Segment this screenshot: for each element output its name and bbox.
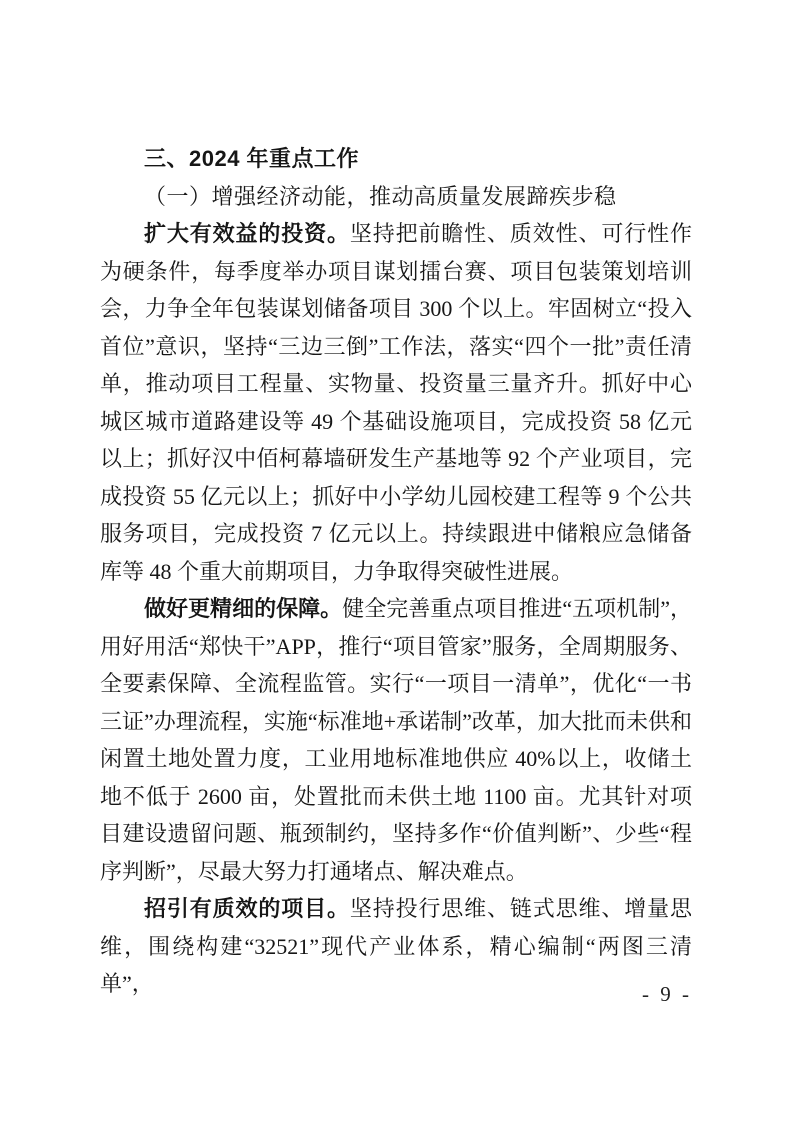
paragraph-text: 健全完善重点项目推进“五项机制”，用好用活“郑快干”APP，推行“项目管家”服务… <box>100 596 692 884</box>
paragraph-text: 坚持把前瞻性、质效性、可行性作为硬条件，每季度举办项目谋划擂台赛、项目包装策划培… <box>100 221 692 584</box>
paragraph-expand-investment: 扩大有效益的投资。坚持把前瞻性、质效性、可行性作为硬条件，每季度举办项目谋划擂台… <box>100 215 692 590</box>
paragraph-lead: 扩大有效益的投资。 <box>144 221 350 246</box>
page-number: - 9 - <box>642 982 692 1006</box>
paragraph-attract-projects: 招引有质效的项目。坚持投行思维、链式思维、增量思维，围绕构建“32521”现代产… <box>100 890 692 1003</box>
paragraph-lead: 招引有质效的项目。 <box>144 896 350 921</box>
document-body: 三、2024 年重点工作 （一）增强经济动能，推动高质量发展蹄疾步稳 扩大有效益… <box>100 140 692 1003</box>
section-heading: 三、2024 年重点工作 <box>100 140 692 178</box>
subsection-heading: （一）增强经济动能，推动高质量发展蹄疾步稳 <box>100 178 692 216</box>
paragraph-refined-support: 做好更精细的保障。健全完善重点项目推进“五项机制”，用好用活“郑快干”APP，推… <box>100 590 692 890</box>
document-page: 三、2024 年重点工作 （一）增强经济动能，推动高质量发展蹄疾步稳 扩大有效益… <box>0 0 792 1121</box>
paragraph-lead: 做好更精细的保障。 <box>144 596 342 621</box>
